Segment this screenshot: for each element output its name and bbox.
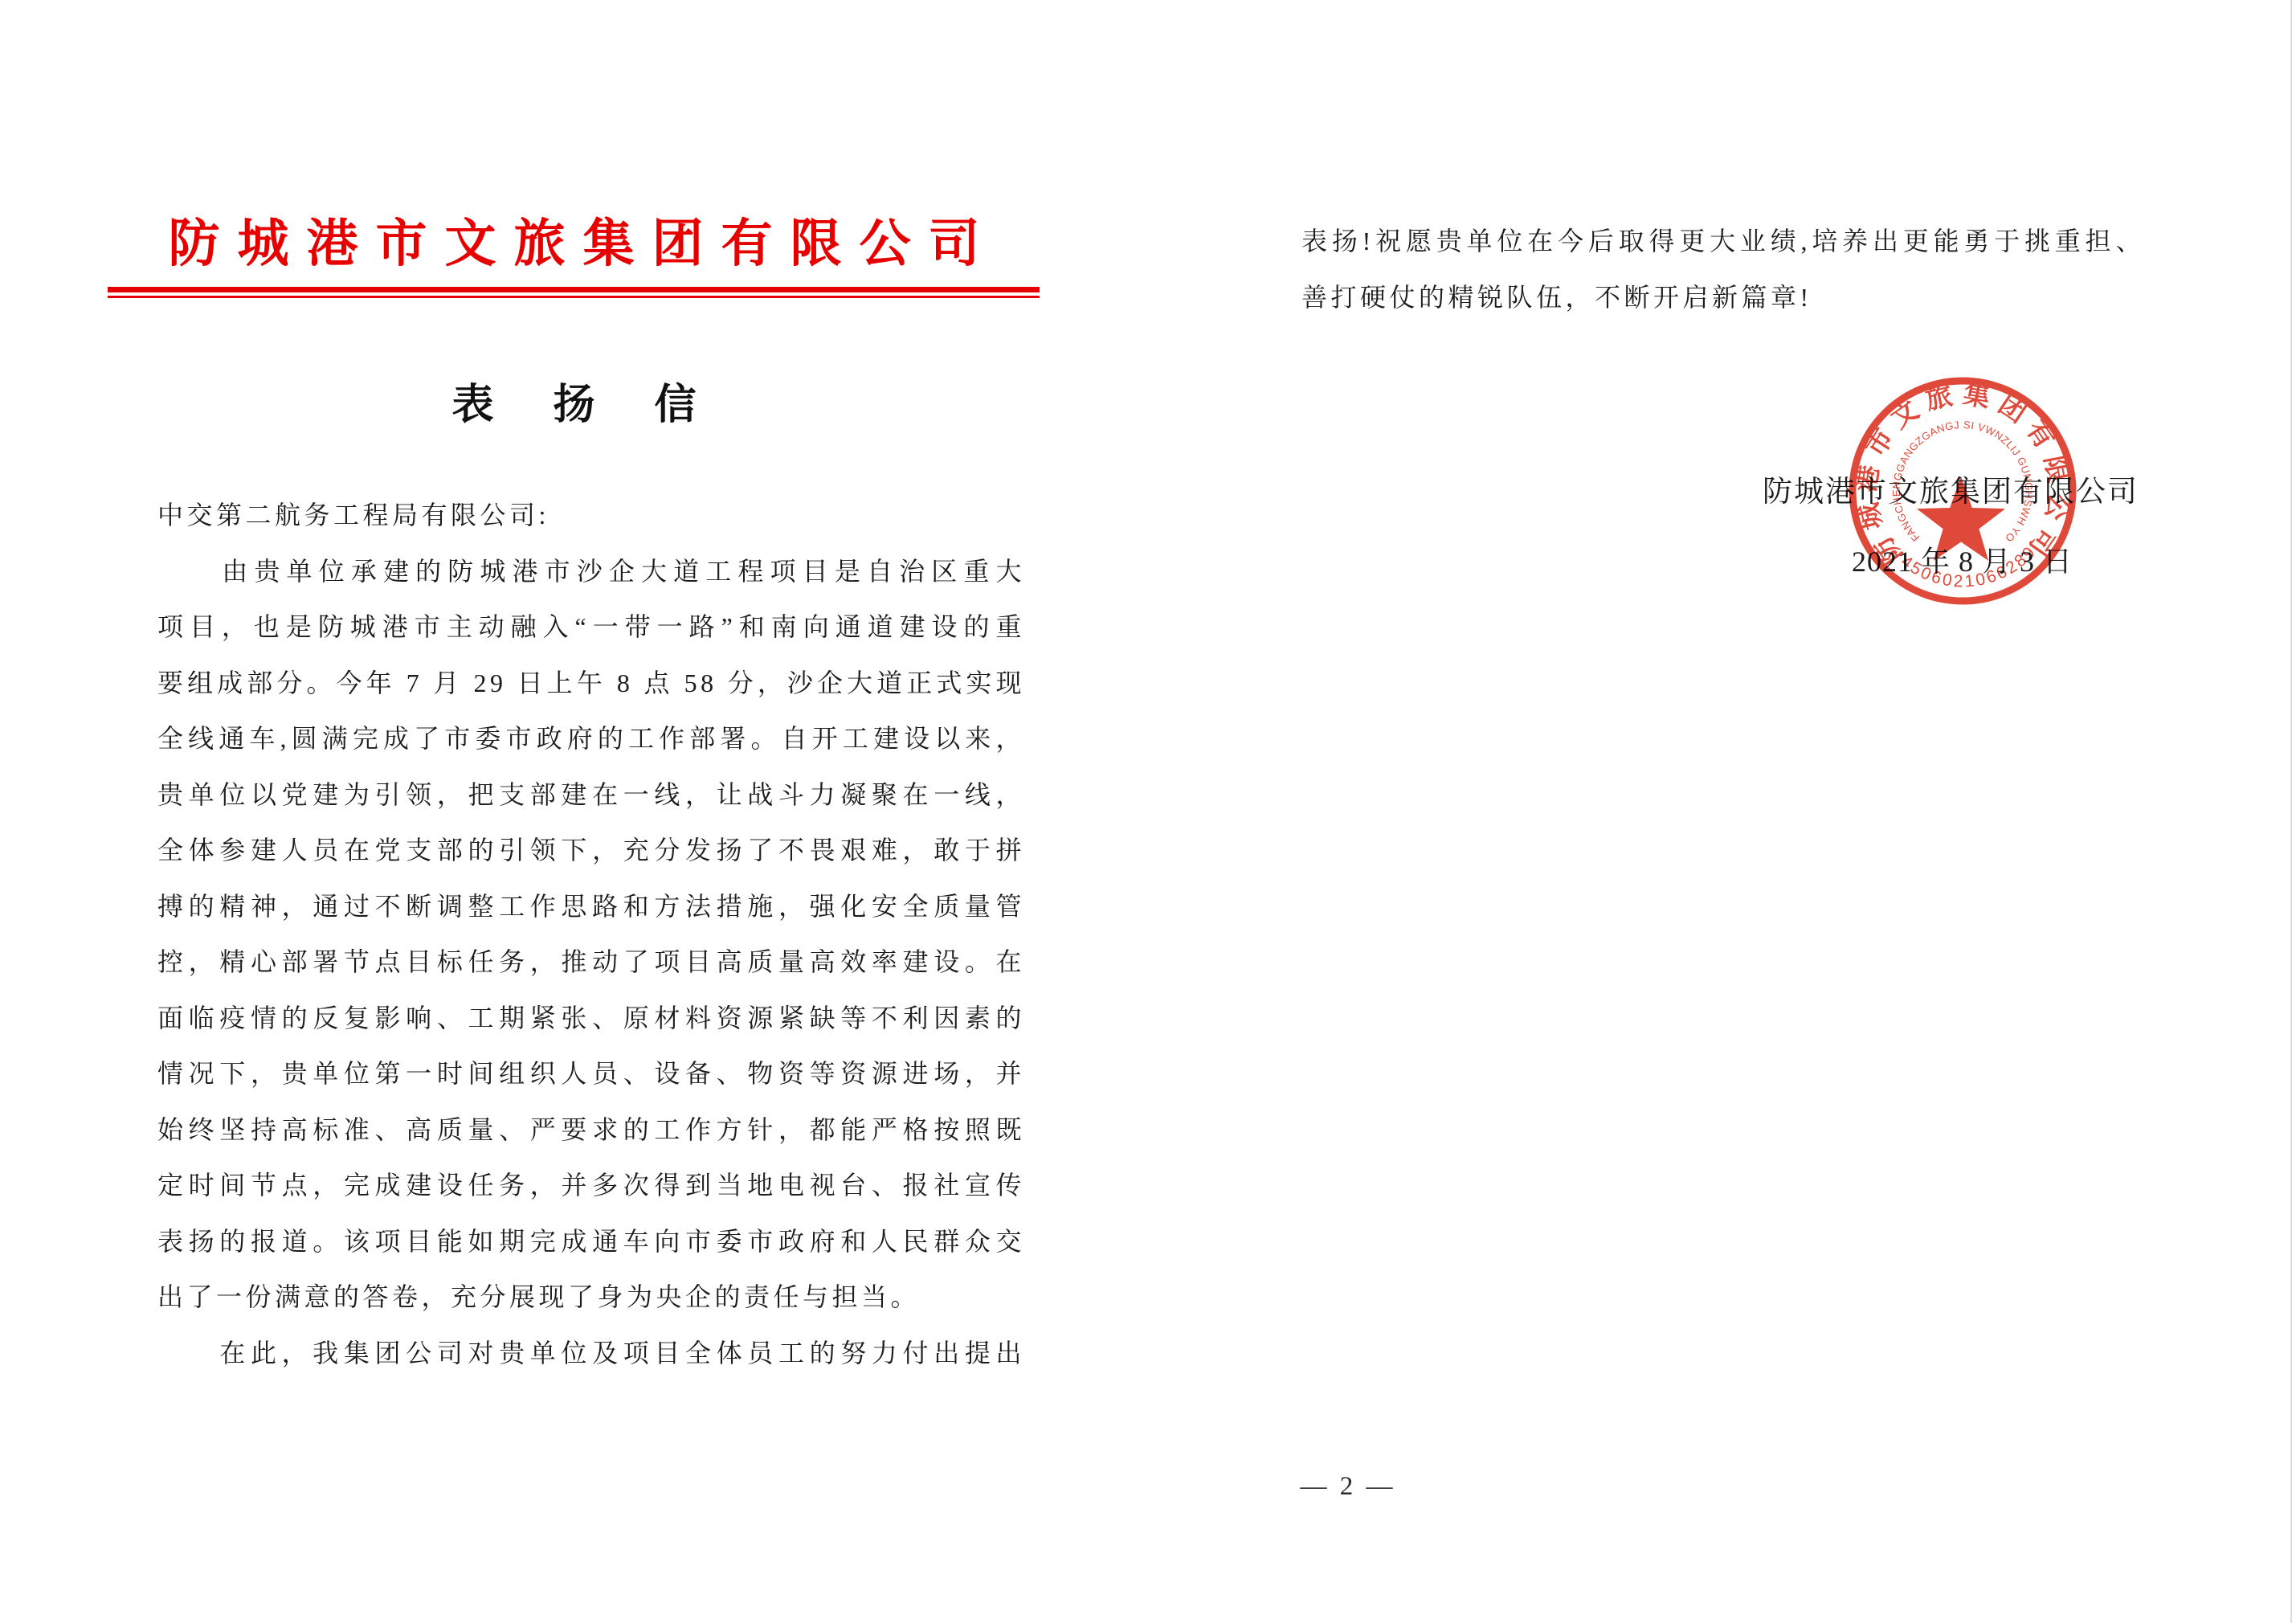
seal-latin-arc-text: FANGCHENGGANGZGANGJ SI VWNZLIJ GUNGHSWH … xyxy=(1834,362,2035,545)
body-line: 善打硬仗的精锐队伍，不断开启新篇章! xyxy=(1301,270,2145,326)
divider-thin-line xyxy=(108,296,1040,298)
letter-scan-spread: 防城港市文旅集团有限公司 表 扬 信 中交第二航务工程局有限公司: 由贵单位承建… xyxy=(0,0,2296,1623)
page2-body: 表扬!祝愿贵单位在今后取得更大业绩,培养出更能勇于挑重担、 善打硬仗的精锐队伍，… xyxy=(1301,214,2145,325)
salutation-line: 中交第二航务工程局有限公司: xyxy=(157,488,1025,544)
body-line: 控，精心部署节点目标任务，推动了项目高质量高效率建设。在 xyxy=(157,934,1025,991)
body-line: 要组成部分。今年 7 月 29 日上午 8 点 58 分，沙企大道正式实现 xyxy=(157,656,1025,712)
document-title: 表 扬 信 xyxy=(0,385,1148,427)
body-line: 出了一份满意的答卷，充分展现了身为央企的责任与担当。 xyxy=(157,1269,1025,1326)
body-line: 在此，我集团公司对贵单位及项目全体员工的努力付出提出 xyxy=(157,1326,1025,1382)
body-line: 始终坚持高标准、高质量、严要求的工作方针，都能严格按照既 xyxy=(157,1102,1025,1159)
body-line: 全体参建人员在党支部的引领下，充分发扬了不畏艰难，敢于拼 xyxy=(157,823,1025,879)
title-char: 信 xyxy=(655,385,697,427)
letterhead-divider xyxy=(108,287,1040,298)
body-line: 情况下，贵单位第一时间组织人员、设备、物资等资源进场，并 xyxy=(157,1046,1025,1102)
body-line: 表扬!祝愿贵单位在今后取得更大业绩,培养出更能勇于挑重担、 xyxy=(1301,214,2145,270)
body-line: 面临疫情的反复影响、工期紧张、原材料资源紧缺等不利因素的 xyxy=(157,991,1025,1047)
body-line: 表扬的报道。该项目能如期完成通车向市委市政府和人民群众交 xyxy=(157,1214,1025,1270)
divider-thick-line xyxy=(108,287,1040,292)
page1-body: 中交第二航务工程局有限公司: 由贵单位承建的防城港市沙企大道工程项目是自治区重大… xyxy=(157,488,1025,1381)
title-char: 表 xyxy=(451,385,493,427)
signature-date: 2021 年 8 月 3 日 xyxy=(1301,543,2073,580)
title-char: 扬 xyxy=(553,385,594,427)
body-line: 由贵单位承建的防城港市沙企大道工程项目是自治区重大 xyxy=(157,544,1025,600)
body-line: 项目，也是防城港市主动融入“一带一路”和南向通道建设的重 xyxy=(157,599,1025,656)
scan-edge-artifact xyxy=(2290,0,2292,1623)
letterhead-company-name: 防城港市文旅集团有限公司 xyxy=(0,202,1148,276)
body-line: 搏的精神，通过不断调整工作思路和方法措施，强化安全质量管 xyxy=(157,879,1025,935)
body-line: 贵单位以党建为引领，把支部建在一线，让战斗力凝聚在一线， xyxy=(157,767,1025,824)
body-line: 全线通车,圆满完成了市委市政府的工作部署。自开工建设以来， xyxy=(157,711,1025,767)
body-line: 定时间节点，完成建设任务，并多次得到当地电视台、报社宣传 xyxy=(157,1158,1025,1214)
signature-company-name: 防城港市文旅集团有限公司 xyxy=(1301,474,2139,511)
page-number: — 2 — xyxy=(1268,1472,1428,1502)
